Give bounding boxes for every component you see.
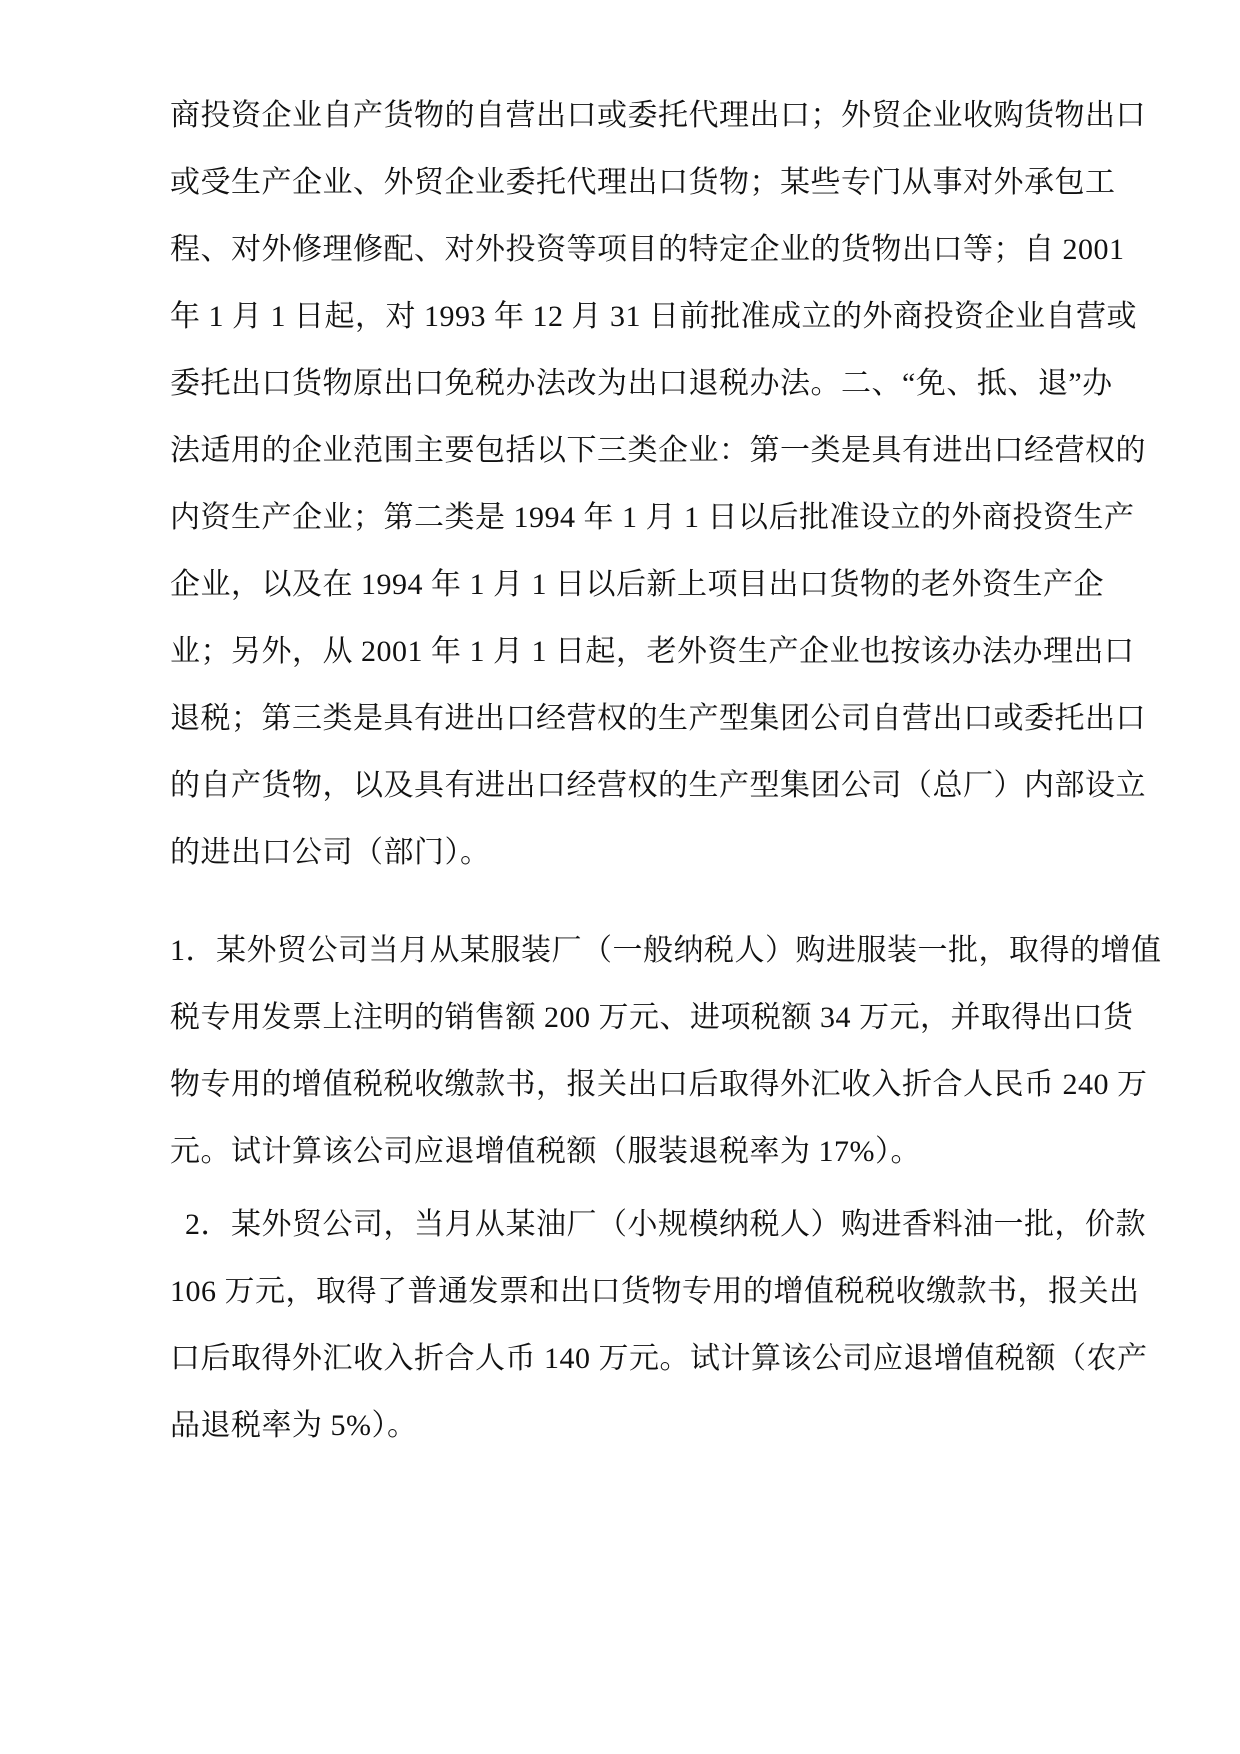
- text-line: 商投资企业自产货物的自营出口或委托代理出口；外贸企业收购货物出口: [170, 82, 1023, 149]
- text-line: 退税；第三类是具有进出口经营权的生产型集团公司自营出口或委托出口: [170, 685, 1023, 752]
- text-line: 物专用的增值税税收缴款书，报关出口后取得外汇收入折合人民币 240 万: [170, 1051, 1023, 1118]
- exercise-2-paragraph: 2．某外贸公司，当月从某油厂（小规模纳税人）购进香料油一批，价款 106 万元，…: [170, 1191, 1023, 1459]
- text-line: 的自产货物，以及具有进出口经营权的生产型集团公司（总厂）内部设立: [170, 752, 1023, 819]
- text-line: 内资生产企业；第二类是 1994 年 1 月 1 日以后批准设立的外商投资生产: [170, 484, 1023, 551]
- text-line: 税专用发票上注明的销售额 200 万元、进项税额 34 万元，并取得出口货: [170, 984, 1023, 1051]
- document-text-block: 商投资企业自产货物的自营出口或委托代理出口；外贸企业收购货物出口 或受生产企业、…: [170, 82, 1023, 1459]
- text-line: 品退税率为 5%）。: [170, 1392, 1023, 1459]
- text-line: 年 1 月 1 日起，对 1993 年 12 月 31 日前批准成立的外商投资企…: [170, 283, 1023, 350]
- text-line: 程、对外修理修配、对外投资等项目的特定企业的货物出口等；自 2001: [170, 216, 1023, 283]
- text-line: 106 万元，取得了普通发票和出口货物专用的增值税税收缴款书，报关出: [170, 1258, 1023, 1325]
- text-line: 1．某外贸公司当月从某服装厂（一般纳税人）购进服装一批，取得的增值: [170, 917, 1023, 984]
- text-line: 口后取得外汇收入折合人币 140 万元。试计算该公司应退增值税额（农产: [170, 1325, 1023, 1392]
- text-line: 或受生产企业、外贸企业委托代理出口货物；某些专门从事对外承包工: [170, 149, 1023, 216]
- text-line: 委托出口货物原出口免税办法改为出口退税办法。二、“免、抵、退”办: [170, 350, 1023, 417]
- text-line: 法适用的企业范围主要包括以下三类企业：第一类是具有进出口经营权的: [170, 417, 1023, 484]
- text-line: 业；另外，从 2001 年 1 月 1 日起，老外资生产企业也按该办法办理出口: [170, 618, 1023, 685]
- export-rebate-rules-paragraph: 商投资企业自产货物的自营出口或委托代理出口；外贸企业收购货物出口 或受生产企业、…: [170, 82, 1023, 886]
- text-line: 元。试计算该公司应退增值税额（服装退税率为 17%）。: [170, 1118, 1023, 1185]
- text-line: 的进出口公司（部门）。: [170, 819, 1023, 886]
- text-line: 企业，以及在 1994 年 1 月 1 日以后新上项目出口货物的老外资生产企: [170, 551, 1023, 618]
- text-line: 2．某外贸公司，当月从某油厂（小规模纳税人）购进香料油一批，价款: [170, 1191, 1023, 1258]
- document-page: 商投资企业自产货物的自营出口或委托代理出口；外贸企业收购货物出口 或受生产企业、…: [0, 0, 1240, 1754]
- exercise-1-paragraph: 1．某外贸公司当月从某服装厂（一般纳税人）购进服装一批，取得的增值 税专用发票上…: [170, 917, 1023, 1185]
